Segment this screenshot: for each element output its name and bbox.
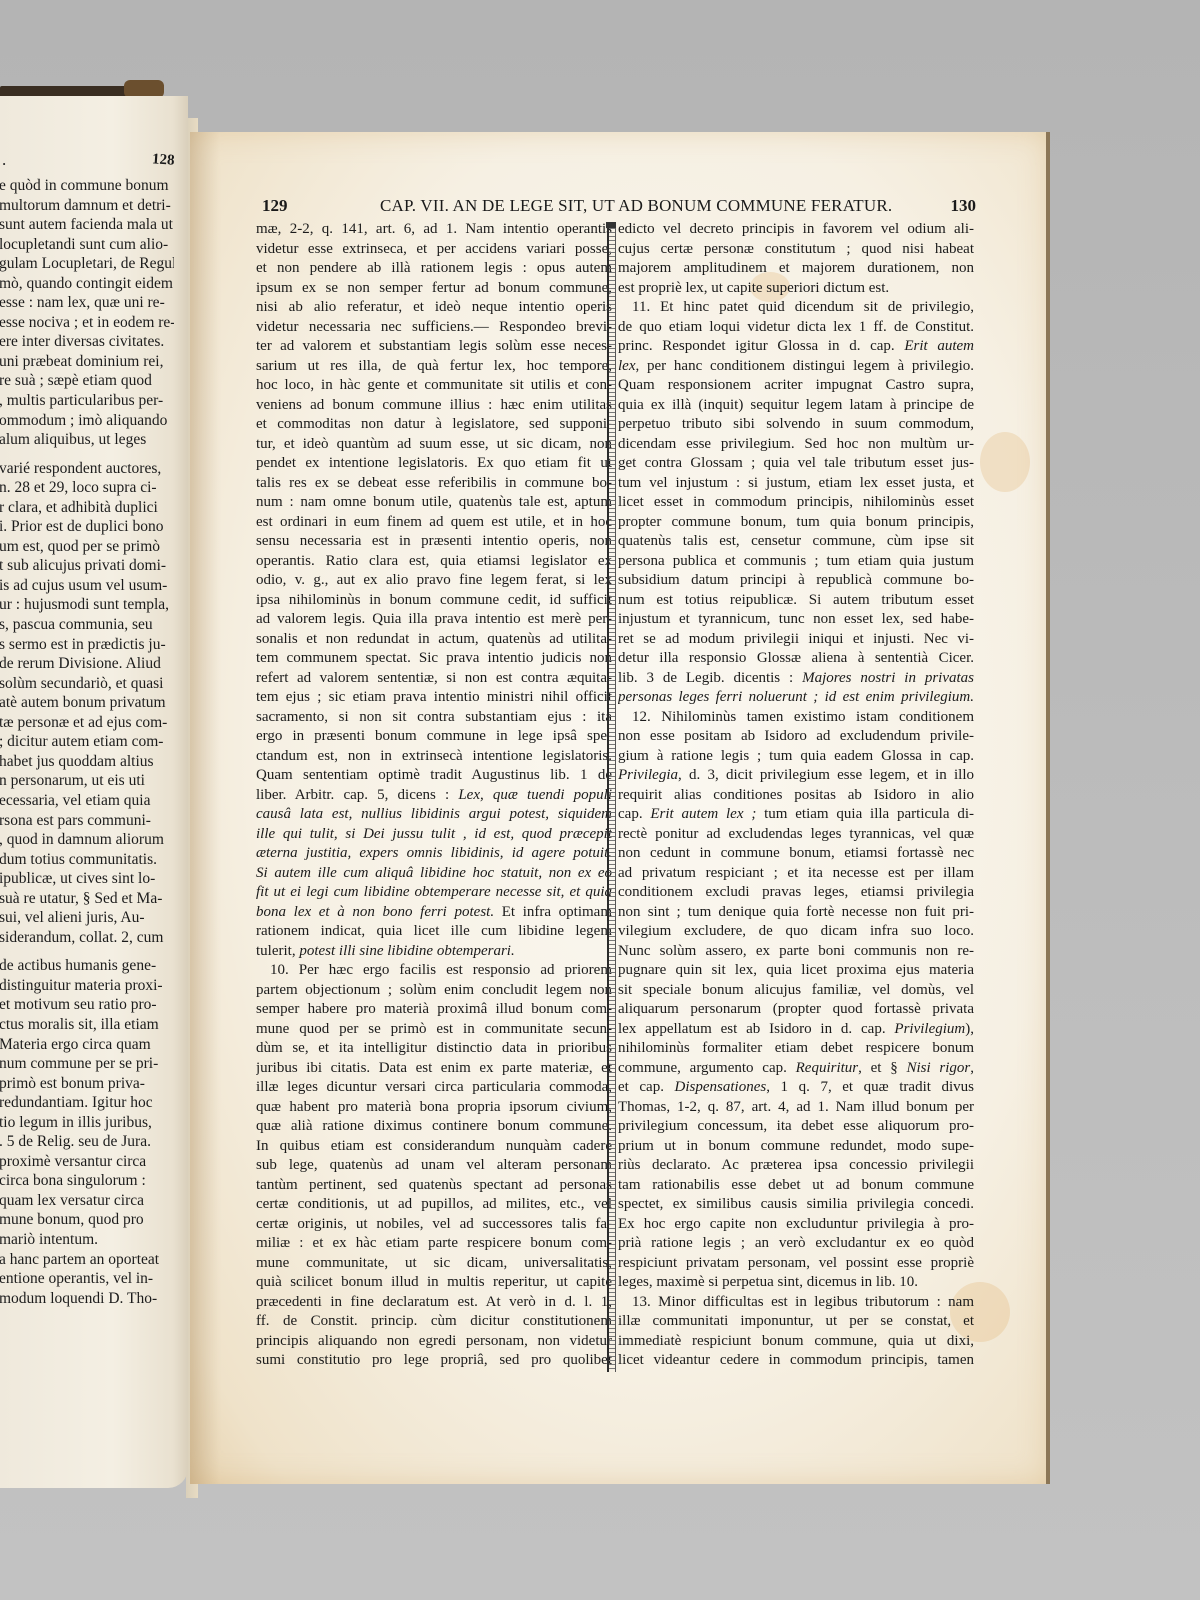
text-segment: non sint ; tum denique quia fortè necess… bbox=[618, 904, 974, 920]
text-segment: majorem amplitudinem et majorem duration… bbox=[618, 260, 974, 276]
left-page-number: 128 bbox=[151, 151, 175, 170]
text-line: præcedenti in fine declaratum est. At ve… bbox=[256, 1293, 612, 1313]
text-segment: num est totius reipublicæ. Si autem trib… bbox=[618, 592, 974, 608]
text-segment: leges, maximè si perpetua sint, dicemus … bbox=[618, 1274, 918, 1290]
text-line: quia ex illà (inquit) sequitur legem lat… bbox=[618, 396, 974, 416]
text-line: prià ratione legis ; an verò excludantur… bbox=[618, 1234, 974, 1254]
text-segment: miliæ : et ex hàc etiam parte respicere … bbox=[256, 1235, 612, 1251]
text-segment: , per hanc conditionem distingui legem à… bbox=[635, 358, 974, 374]
text-segment: ), bbox=[965, 1021, 974, 1037]
text-line: a hanc partem an oporteat bbox=[0, 1250, 174, 1270]
text-line: ergo in præsenti bonum commune in lege i… bbox=[256, 727, 612, 747]
text-line: um est, quod per se primò bbox=[0, 537, 174, 557]
text-line: locupletandi sunt cum alio- bbox=[0, 235, 174, 255]
text-line: videtur necessaria nec sufficiens.— Resp… bbox=[256, 318, 612, 338]
text-segment: mæ, 2-2, q. 141, art. 6, ad 1. Nam inten… bbox=[256, 221, 612, 237]
text-line: sui, vel alieni juris, Au- bbox=[0, 908, 174, 928]
text-segment: spectet, ex similibus causis similia pri… bbox=[618, 1196, 974, 1212]
text-segment: rectè ponitur ad excludendas leges tyran… bbox=[618, 826, 974, 842]
text-line: solùm secundariò, et quasi bbox=[0, 674, 174, 694]
text-line: licet videantur cedere in commodum princ… bbox=[618, 1351, 974, 1371]
italic-citation: personas leges ferri noluerunt ; id est … bbox=[618, 689, 974, 705]
text-segment: tulerit, bbox=[256, 943, 299, 959]
text-line: est propriè lex, ut capite superiori dic… bbox=[618, 279, 974, 299]
text-line: illæ leges dicuntur versari circa partic… bbox=[256, 1078, 612, 1098]
text-line: s sermo est in prædictis ju- bbox=[0, 635, 174, 655]
text-line: nisi ab alio referatur, et ideò neque in… bbox=[256, 298, 612, 318]
text-segment: Thomas, 1-2, q. 87, art. 4, ad 1. Nam il… bbox=[618, 1099, 974, 1115]
text-line: tem communem spectat. Sic prava intentio… bbox=[256, 649, 612, 669]
text-line: Si autem ille cum aliquâ libidine hoc st… bbox=[256, 864, 612, 884]
text-line: Thomas, 1-2, q. 87, art. 4, ad 1. Nam il… bbox=[618, 1098, 974, 1118]
text-line: rsona est pars communi- bbox=[0, 811, 174, 831]
text-segment: est propriè lex, ut capite superiori dic… bbox=[618, 280, 889, 296]
text-segment: et non pendere ab illà rationem legis : … bbox=[256, 260, 612, 276]
text-line: persona publica et communis ; tum etiam … bbox=[618, 552, 974, 572]
text-segment: lex appellatum est ab Isidoro in d. cap. bbox=[618, 1021, 894, 1037]
text-line: ad privatum respiciant ; et ita necesse … bbox=[618, 864, 974, 884]
text-line: dicendam esse privilegium. Sed hoc non m… bbox=[618, 435, 974, 455]
text-line: ; dicitur autem etiam com- bbox=[0, 732, 174, 752]
text-segment: tem ejus ; sic etiam prava intentio mini… bbox=[256, 689, 612, 705]
italic-citation: Erit autem bbox=[904, 338, 974, 354]
text-line: semper habere pro materià proximâ illud … bbox=[256, 1000, 612, 1020]
italic-citation: causâ lata est, nullius libidinis argui … bbox=[256, 806, 612, 822]
text-line: sub lege, quatenùs ad unam vel alteram p… bbox=[256, 1156, 612, 1176]
text-line: pendet ex intentione legislatoris. Ex qu… bbox=[256, 454, 612, 474]
text-line: ter ad valorem et substantiam legis solù… bbox=[256, 337, 612, 357]
text-line: et non pendere ab illà rationem legis : … bbox=[256, 259, 612, 279]
text-line: , multis particularibus per- bbox=[0, 391, 174, 411]
text-segment: Nunc solùm assero, ex parte boni communi… bbox=[618, 943, 974, 959]
italic-citation: Erit autem lex ; bbox=[650, 806, 756, 822]
text-line: hoc loco, in hàc gente et communitate si… bbox=[256, 376, 612, 396]
text-segment: veniens ad bonum commune illius : hæc en… bbox=[256, 397, 612, 413]
text-line: licet esset in commodum principis, nihil… bbox=[618, 493, 974, 513]
text-segment: 12. Nihilominùs tamen existimo istam con… bbox=[632, 709, 974, 725]
text-segment: certæ originis, ut nobiles, vel ad succe… bbox=[256, 1216, 612, 1232]
text-segment: , d. 3, dicit privilegium esse legem, et… bbox=[678, 767, 974, 783]
text-line: edicto vel decreto principis in favorem … bbox=[618, 220, 974, 240]
text-line: gium à ratione legis ; tum quia eadem Gl… bbox=[618, 747, 974, 767]
text-segment: , 1 q. 7, et quæ tradit divus bbox=[766, 1079, 974, 1095]
text-line: sit speciale bonum alicujus familiæ, vel… bbox=[618, 981, 974, 1001]
text-line: lex appellatum est ab Isidoro in d. cap.… bbox=[618, 1020, 974, 1040]
text-line: princ. Respondet igitur Glossa in d. cap… bbox=[618, 337, 974, 357]
text-segment: gium à ratione legis ; tum quia eadem Gl… bbox=[618, 748, 974, 764]
text-line: personas leges ferri noluerunt ; id est … bbox=[618, 688, 974, 708]
text-line: sumi constitutio pro lege propriâ, sed p… bbox=[256, 1351, 612, 1371]
text-line: tam rationabilis esse debet ut ad bonum … bbox=[618, 1176, 974, 1196]
text-line: ipsa nihilominùs in bonum commune cedit,… bbox=[256, 591, 612, 611]
text-line: circa bona singulorum : bbox=[0, 1171, 174, 1191]
text-segment: ret se ad modum privilegii iniqui et inj… bbox=[618, 631, 974, 647]
text-column-2: edicto vel decreto principis in favorem … bbox=[618, 220, 974, 1371]
text-segment: propter commune bonum, tum quia bonum pr… bbox=[618, 514, 974, 530]
text-segment: vilegium excludere, de quo dicam infra s… bbox=[618, 923, 974, 939]
text-segment: cap. bbox=[618, 806, 650, 822]
text-line: perpetuo tributo sibi solvendo in suum c… bbox=[618, 415, 974, 435]
text-line: Quam responsionem acriter impugnat Castr… bbox=[618, 376, 974, 396]
text-segment: tur, et ideò quantùm ad suum esse, ut si… bbox=[256, 436, 612, 452]
text-line: ipsum ex se non semper fertur ad bonum c… bbox=[256, 279, 612, 299]
text-column-1: mæ, 2-2, q. 141, art. 6, ad 1. Nam inten… bbox=[256, 220, 612, 1371]
text-line: atè autem bonum privatum bbox=[0, 693, 174, 713]
text-line: certæ conditionis, ut ad pupillos, ad mi… bbox=[256, 1195, 612, 1215]
text-line: tæ personæ et ad ejus com- bbox=[0, 713, 174, 733]
italic-citation: Privilegia bbox=[618, 767, 678, 783]
text-line: siderandum, collat. 2, cum bbox=[0, 928, 174, 948]
text-line: de actibus humanis gene- bbox=[0, 956, 174, 976]
text-segment: 13. Minor difficultas est in legibus tri… bbox=[632, 1294, 974, 1310]
text-line: alum aliquibus, ut leges bbox=[0, 430, 174, 450]
text-line: t sub alicujus privati domi- bbox=[0, 556, 174, 576]
text-line: liber. Arbitr. cap. 5, dicens : Lex, quæ… bbox=[256, 786, 612, 806]
text-line: miliæ : et ex hàc etiam parte respicere … bbox=[256, 1234, 612, 1254]
text-line: . 5 de Relig. seu de Jura. bbox=[0, 1132, 174, 1152]
text-segment: hoc loco, in hàc gente et communitate si… bbox=[256, 377, 612, 393]
text-line: ipublicæ, ut cives sint lo- bbox=[0, 869, 174, 889]
text-line: redundantiam. Igitur hoc bbox=[0, 1093, 174, 1113]
text-line: ret se ad modum privilegii iniqui et inj… bbox=[618, 630, 974, 650]
italic-citation: ille qui tulit, si Dei jussu tulit , id … bbox=[256, 826, 612, 842]
text-line: lex, per hanc conditionem distingui lege… bbox=[618, 357, 974, 377]
text-segment: certæ conditionis, ut ad pupillos, ad mi… bbox=[256, 1196, 612, 1212]
text-line: is ad cujus usum vel usum- bbox=[0, 576, 174, 596]
text-segment: cujus certæ personæ constitutum ; quod n… bbox=[618, 241, 974, 257]
text-line: e quòd in commune bonum bbox=[0, 176, 174, 196]
text-segment: princ. Respondet igitur Glossa in d. cap… bbox=[618, 338, 904, 354]
text-segment: præcedenti in fine declaratum est. At ve… bbox=[256, 1294, 612, 1310]
text-line: ctus moralis sit, illa etiam bbox=[0, 1015, 174, 1035]
text-line: operantis. Ratio clara est, quia etiamsi… bbox=[256, 552, 612, 572]
italic-citation: Requiritur bbox=[796, 1060, 859, 1076]
text-line: sarium ut res illa, de quà fertur lex, h… bbox=[256, 357, 612, 377]
text-segment: semper habere pro materià proximâ illud … bbox=[256, 1001, 612, 1017]
text-segment: pendet ex intentione legislatoris. Ex qu… bbox=[256, 455, 612, 471]
text-line: mune quod per se primò est in communitat… bbox=[256, 1020, 612, 1040]
text-segment: get contra Glossam ; quia vel tale tribu… bbox=[618, 455, 974, 471]
page-number-left: 129 bbox=[262, 196, 288, 216]
text-segment: et commoditas non datur à legislatore, s… bbox=[256, 416, 612, 432]
text-line: majorem amplitudinem et majorem duration… bbox=[618, 259, 974, 279]
text-segment: ad valorem legis. Quia illa prava intent… bbox=[256, 611, 612, 627]
text-line: n personarum, ut eis uti bbox=[0, 771, 174, 791]
text-line: ere inter diversas civitates. bbox=[0, 332, 174, 352]
text-line: cujus certæ personæ constitutum ; quod n… bbox=[618, 240, 974, 260]
text-line: prium ut in bonum commune redundet, modo… bbox=[618, 1137, 974, 1157]
text-line: sonalis et non redundat in actum, quaten… bbox=[256, 630, 612, 650]
italic-citation: Lex, quæ tuendi populi bbox=[458, 787, 612, 803]
text-line: , quod in damnum aliorum bbox=[0, 830, 174, 850]
text-segment: tum vel injustum : si justum, etiam lex … bbox=[618, 475, 974, 491]
text-line: primò est bonum priva- bbox=[0, 1074, 174, 1094]
left-page-header: . 128 bbox=[0, 148, 178, 172]
text-line: causâ lata est, nullius libidinis argui … bbox=[256, 805, 612, 825]
text-segment: dùm se, et ita intelligitur distinctio d… bbox=[256, 1040, 612, 1056]
text-line: cap. Erit autem lex ; tum etiam quia ill… bbox=[618, 805, 974, 825]
text-line bbox=[0, 450, 174, 459]
text-segment: subsidium datum principi à republicà com… bbox=[618, 572, 974, 588]
text-line: num est totius reipublicæ. Si autem trib… bbox=[618, 591, 974, 611]
text-segment: riùs declarato. Ac præterea ipsa concess… bbox=[618, 1157, 974, 1173]
text-line: odio, v. g., aut ex alio pravo fine lege… bbox=[256, 571, 612, 591]
text-line: ur : hujusmodi sunt templa, bbox=[0, 595, 174, 615]
text-line: non esse positam ab Isidoro ad excludend… bbox=[618, 727, 974, 747]
text-line: bona lex et à non bono ferri potest. Et … bbox=[256, 903, 612, 923]
text-segment: dicendam esse privilegium. Sed hoc non m… bbox=[618, 436, 974, 452]
text-segment: sarium ut res illa, de quà fertur lex, h… bbox=[256, 358, 612, 374]
text-line: mune communitate, ut sic dicam, universa… bbox=[256, 1254, 612, 1274]
text-line: nihilominùs formaliter etiam debet respi… bbox=[618, 1039, 974, 1059]
italic-citation: bona lex et à non bono ferri potest. bbox=[256, 904, 494, 920]
text-segment: operantis. Ratio clara est, quia etiamsi… bbox=[256, 553, 612, 569]
text-segment: persona publica et communis ; tum etiam … bbox=[618, 553, 974, 569]
text-segment: ad privatum respiciant ; et ita necesse … bbox=[618, 865, 974, 881]
text-line: entione operantis, vel in- bbox=[0, 1269, 174, 1289]
text-segment: ergo in præsenti bonum commune in lege i… bbox=[256, 728, 612, 744]
text-line: lib. 3 de Legib. dicentis : Majores nost… bbox=[618, 669, 974, 689]
text-line: esse : nam lex, quæ uni re- bbox=[0, 293, 174, 313]
text-segment: quia ex illà (inquit) sequitur legem lat… bbox=[618, 397, 974, 413]
text-line: modum loquendi D. Tho- bbox=[0, 1289, 174, 1309]
text-segment: Et infra optimam bbox=[494, 904, 612, 920]
text-segment: ter ad valorem et substantiam legis solù… bbox=[256, 338, 612, 354]
text-segment: 11. Et hinc patet quid dicendum sit de p… bbox=[632, 299, 974, 315]
left-page: . 128 e quòd in commune bonummultorum da… bbox=[0, 96, 188, 1488]
text-segment: rationem indicat, quia licet ille cum li… bbox=[256, 923, 612, 939]
text-segment: detur illa responsio Glossæ aliena à sen… bbox=[618, 650, 974, 666]
italic-citation: potest illi sine libidine obtemperari. bbox=[299, 943, 514, 959]
text-segment: videtur necessaria nec sufficiens.— Resp… bbox=[256, 319, 612, 335]
text-segment: tam rationabilis esse debet ut ad bonum … bbox=[618, 1177, 974, 1193]
text-segment: Quam responsionem acriter impugnat Castr… bbox=[618, 377, 974, 393]
text-segment: de quo etiam loqui videtur dicta lex 1 f… bbox=[618, 319, 974, 335]
text-segment: ipsa nihilominùs in bonum commune cedit,… bbox=[256, 592, 612, 608]
text-line: de quo etiam loqui videtur dicta lex 1 f… bbox=[618, 318, 974, 338]
text-segment: , bbox=[970, 1060, 974, 1076]
text-line: talis res ex se debeat esse referibilis … bbox=[256, 474, 612, 494]
text-segment: pugnare quin sit lex, quia licet proxima… bbox=[618, 962, 974, 978]
text-line: quæ habent pro materià bona propria ipso… bbox=[256, 1098, 612, 1118]
spine-shadow bbox=[190, 132, 220, 1484]
text-segment: privilegium concessum, ita debet esse al… bbox=[618, 1118, 974, 1134]
chapter-title: CAP. VII. AN DE LEGE SIT, UT AD BONUM CO… bbox=[380, 196, 892, 216]
text-line: principis aliquando non egredi personam,… bbox=[256, 1332, 612, 1352]
text-segment: principis aliquando non egredi personam,… bbox=[256, 1333, 612, 1349]
italic-citation: lex bbox=[618, 358, 635, 374]
text-line: mune bonum, quod pro bbox=[0, 1210, 174, 1230]
italic-citation: Si autem ille cum aliquâ libidine hoc st… bbox=[256, 865, 612, 881]
text-segment: num : nam omne bonum utile, quatenùs tal… bbox=[256, 494, 612, 510]
text-segment: refert ad valorem sententiæ, si non est … bbox=[256, 670, 612, 686]
text-segment: aliquarum personarum (propter quod forta… bbox=[618, 1001, 974, 1017]
text-line: tem ejus ; sic etiam prava intentio mini… bbox=[256, 688, 612, 708]
text-segment: illæ communitati imponuntur, ut per se c… bbox=[618, 1313, 974, 1329]
text-segment: licet videantur cedere in commodum princ… bbox=[618, 1352, 974, 1368]
text-line: Ex hoc ergo capite non excluduntur privi… bbox=[618, 1215, 974, 1235]
text-line: detur illa responsio Glossæ aliena à sen… bbox=[618, 649, 974, 669]
italic-citation: Dispensationes bbox=[675, 1079, 767, 1095]
text-segment: partem objectionum ; solùm enim concludi… bbox=[256, 982, 612, 998]
text-line: tulerit, potest illi sine libidine obtem… bbox=[256, 942, 612, 962]
text-line: et motivum seu ratio pro- bbox=[0, 995, 174, 1015]
text-line: get contra Glossam ; quia vel tale tribu… bbox=[618, 454, 974, 474]
text-line: ad valorem legis. Quia illa prava intent… bbox=[256, 610, 612, 630]
text-line: In quibus etiam est considerandum nunquà… bbox=[256, 1137, 612, 1157]
text-segment: non esse positam ab Isidoro ad excludend… bbox=[618, 728, 974, 744]
text-line: æterna justitia, expers omnis libidinis,… bbox=[256, 844, 612, 864]
text-line: i. Prior est de duplici bono bbox=[0, 517, 174, 537]
text-line: dùm se, et ita intelligitur distinctio d… bbox=[256, 1039, 612, 1059]
text-segment: sacramento, si non sit contra substantia… bbox=[256, 709, 612, 725]
page-number-right: 130 bbox=[951, 196, 977, 216]
text-segment: , et § bbox=[858, 1060, 906, 1076]
text-segment: videtur esse extrinseca, et per accidens… bbox=[256, 241, 612, 257]
text-segment: non cedunt in commune bonum, etiamsi for… bbox=[618, 845, 974, 861]
text-line: ecessaria, vel etiam quia bbox=[0, 791, 174, 811]
text-segment: respiciunt privatam personam, vel possin… bbox=[618, 1255, 974, 1271]
text-line: requirit alias conditiones positas ab Is… bbox=[618, 786, 974, 806]
text-segment: juribus ibi citatis. Data est enim ex pa… bbox=[256, 1060, 612, 1076]
text-segment: perpetuo tributo sibi solvendo in suum c… bbox=[618, 416, 974, 432]
text-segment: commune, argumento cap. bbox=[618, 1060, 796, 1076]
text-segment: et cap. bbox=[618, 1079, 675, 1095]
text-line: refert ad valorem sententiæ, si non est … bbox=[256, 669, 612, 689]
text-line: proximè versantur circa bbox=[0, 1152, 174, 1172]
paragraph-start-line: 10. Per hæc ergo facilis est responsio a… bbox=[256, 961, 612, 981]
text-line: habet jus quoddam altius bbox=[0, 752, 174, 772]
text-line: Privilegia, d. 3, dicit privilegium esse… bbox=[618, 766, 974, 786]
text-line: mariò intentum. bbox=[0, 1230, 174, 1250]
text-segment: liber. Arbitr. cap. 5, dicens : bbox=[256, 787, 458, 803]
text-segment: nihilominùs formaliter etiam debet respi… bbox=[618, 1040, 974, 1056]
text-segment: sensu necessaria est in præsenti intenti… bbox=[256, 533, 612, 549]
text-line: quatenùs talis est, censetur commune, cù… bbox=[618, 532, 974, 552]
text-line: r clara, et adhibità duplici bbox=[0, 498, 174, 518]
text-segment: licet esset in commodum principis, nihil… bbox=[618, 494, 974, 510]
italic-citation: Privilegium bbox=[894, 1021, 965, 1037]
text-line: sunt autem facienda mala ut bbox=[0, 215, 174, 235]
column-divider-rule bbox=[607, 224, 616, 1372]
text-line: quià scilicet bonum illud in multis repe… bbox=[256, 1273, 612, 1293]
paragraph-start-line: 11. Et hinc patet quid dicendum sit de p… bbox=[618, 298, 974, 318]
text-segment: ctandum est, non in extrinsecà intention… bbox=[256, 748, 612, 764]
text-line: rationem indicat, quia licet ille cum li… bbox=[256, 922, 612, 942]
text-segment: 10. Per hæc ergo facilis est responsio a… bbox=[270, 962, 612, 978]
italic-citation: Majores nostri in privatas bbox=[802, 670, 974, 686]
text-line: Quam sententiam optimè tradit Augustinus… bbox=[256, 766, 612, 786]
text-segment: tem communem spectat. Sic prava intentio… bbox=[256, 650, 612, 666]
text-line: quam lex versatur circa bbox=[0, 1191, 174, 1211]
foxing-stain bbox=[980, 432, 1030, 492]
text-segment: edicto vel decreto principis in favorem … bbox=[618, 221, 974, 237]
text-line: uni præbeat dominium rei, bbox=[0, 352, 174, 372]
text-line: tur, et ideò quantùm ad suum esse, ut si… bbox=[256, 435, 612, 455]
text-segment: quatenùs talis est, censetur commune, cù… bbox=[618, 533, 974, 549]
text-segment: requirit alias conditiones positas ab Is… bbox=[618, 787, 974, 803]
text-line: respiciunt privatam personam, vel possin… bbox=[618, 1254, 974, 1274]
text-line: est ordinari in eum finem ad quem est ut… bbox=[256, 513, 612, 533]
text-segment: mune communitate, ut sic dicam, universa… bbox=[256, 1255, 612, 1271]
text-line: juribus ibi citatis. Data est enim ex pa… bbox=[256, 1059, 612, 1079]
italic-citation: fit ut ei legi cum libidine obtemperare … bbox=[256, 884, 612, 900]
text-segment: odio, v. g., aut ex alio pravo fine lege… bbox=[256, 572, 612, 588]
text-segment: sonalis et non redundat in actum, quaten… bbox=[256, 631, 612, 647]
text-line: fit ut ei legi cum libidine obtemperare … bbox=[256, 883, 612, 903]
text-segment: est ordinari in eum finem ad quem est ut… bbox=[256, 514, 612, 530]
text-segment: sit speciale bonum alicujus familiæ, vel… bbox=[618, 982, 974, 998]
text-segment: nisi ab alio referatur, et ideò neque in… bbox=[256, 299, 612, 315]
text-line: Materia ergo circa quam bbox=[0, 1035, 174, 1055]
text-line: ommodum ; imò aliquando bbox=[0, 411, 174, 431]
text-line: sensu necessaria est in præsenti intenti… bbox=[256, 532, 612, 552]
text-line: ille qui tulit, si Dei jussu tulit , id … bbox=[256, 825, 612, 845]
left-header-fragment: . bbox=[2, 150, 6, 170]
text-line: illæ communitati imponuntur, ut per se c… bbox=[618, 1312, 974, 1332]
text-line: et cap. Dispensationes, 1 q. 7, et quæ t… bbox=[618, 1078, 974, 1098]
text-segment: sub lege, quatenùs ad unam vel alteram p… bbox=[256, 1157, 612, 1173]
text-line: ff. de Constit. princip. cùm dicitur con… bbox=[256, 1312, 612, 1332]
text-segment: tum etiam quia illa particula di- bbox=[756, 806, 974, 822]
text-line: num commune per se pri- bbox=[0, 1054, 174, 1074]
italic-citation: Nisi rigor bbox=[906, 1060, 970, 1076]
text-line: partem objectionum ; solùm enim concludi… bbox=[256, 981, 612, 1001]
text-segment: immediatè respiciunt bonum commune, quia… bbox=[618, 1333, 974, 1349]
text-line: varié respondent auctores, bbox=[0, 459, 174, 479]
text-segment: quæ alià ratione diximus continere bonum… bbox=[256, 1118, 612, 1134]
text-line: tum vel injustum : si justum, etiam lex … bbox=[618, 474, 974, 494]
text-segment: lib. 3 de Legib. dicentis : bbox=[618, 670, 802, 686]
text-line: multorum damnum et detri- bbox=[0, 196, 174, 216]
text-line: mæ, 2-2, q. 141, art. 6, ad 1. Nam inten… bbox=[256, 220, 612, 240]
text-segment: Quam sententiam optimè tradit Augustinus… bbox=[256, 767, 612, 783]
text-line: esse nociva ; et in eodem re- bbox=[0, 313, 174, 333]
text-line: quæ alià ratione diximus continere bonum… bbox=[256, 1117, 612, 1137]
text-line: pugnare quin sit lex, quia licet proxima… bbox=[618, 961, 974, 981]
text-line: subsidium datum principi à republicà com… bbox=[618, 571, 974, 591]
text-segment: quæ habent pro materià bona propria ipso… bbox=[256, 1099, 612, 1115]
text-line: num : nam omne bonum utile, quatenùs tal… bbox=[256, 493, 612, 513]
text-line: re suà ; sæpè etiam quod bbox=[0, 371, 174, 391]
text-segment: quià scilicet bonum illud in multis repe… bbox=[256, 1274, 612, 1290]
text-segment: Ex hoc ergo capite non excluduntur privi… bbox=[618, 1216, 974, 1232]
paragraph-start-line: 12. Nihilominùs tamen existimo istam con… bbox=[618, 708, 974, 728]
text-line: n. 28 et 29, loco supra ci- bbox=[0, 478, 174, 498]
paragraph-start-line: 13. Minor difficultas est in legibus tri… bbox=[618, 1293, 974, 1313]
text-line: spectet, ex similibus causis similia pri… bbox=[618, 1195, 974, 1215]
text-line: et commoditas non datur à legislatore, s… bbox=[256, 415, 612, 435]
page-edge bbox=[1046, 132, 1050, 1484]
text-line: Nunc solùm assero, ex parte boni communi… bbox=[618, 942, 974, 962]
text-line: ctandum est, non in extrinsecà intention… bbox=[256, 747, 612, 767]
text-line: gulam Locupletari, de Regul. bbox=[0, 254, 174, 274]
text-line: veniens ad bonum commune illius : hæc en… bbox=[256, 396, 612, 416]
text-line: non sint ; tum denique quia fortè necess… bbox=[618, 903, 974, 923]
text-line: dum totius communitatis. bbox=[0, 850, 174, 870]
text-segment: conditionem excludi pravas leges, etiams… bbox=[618, 884, 974, 900]
text-line: tantùm pertinent, sed quatenùs spectant … bbox=[256, 1176, 612, 1196]
text-line: vilegium excludere, de quo dicam infra s… bbox=[618, 922, 974, 942]
text-segment: mune quod per se primò est in communitat… bbox=[256, 1021, 612, 1037]
text-line: non cedunt in commune bonum, etiamsi for… bbox=[618, 844, 974, 864]
text-segment: prium ut in bonum commune redundet, modo… bbox=[618, 1138, 974, 1154]
text-line: mò, quando contingit eidem bbox=[0, 274, 174, 294]
text-line: propter commune bonum, tum quia bonum pr… bbox=[618, 513, 974, 533]
left-page-text: e quòd in commune bonummultorum damnum e… bbox=[0, 176, 174, 1308]
text-line: conditionem excludi pravas leges, etiams… bbox=[618, 883, 974, 903]
italic-citation: æterna justitia, expers omnis libidinis,… bbox=[256, 845, 612, 861]
